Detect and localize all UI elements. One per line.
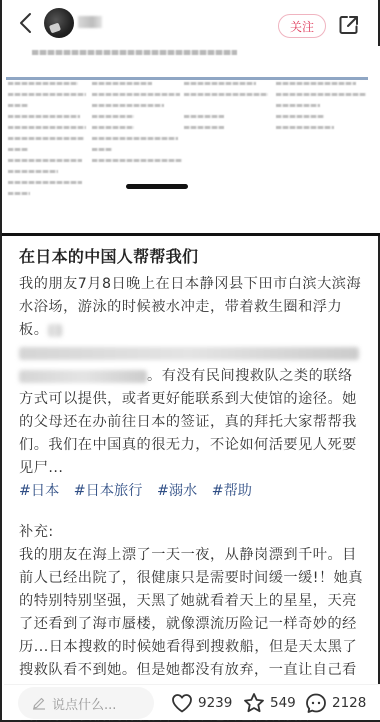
- image-text-column-3: [184, 82, 270, 137]
- author-avatar[interactable]: [44, 8, 74, 38]
- comment-bubble-icon: [304, 691, 328, 715]
- tag-japan-travel[interactable]: #日本旅行: [74, 483, 143, 499]
- tag-drowning[interactable]: #溺水: [157, 483, 197, 499]
- top-nav-bar: 关注: [2, 0, 378, 46]
- tag-help[interactable]: #帮助: [212, 483, 252, 499]
- pencil-icon: [32, 696, 46, 710]
- image-blurred-text: [32, 50, 237, 55]
- comment-input[interactable]: 说点什么...: [18, 687, 154, 719]
- post-image[interactable]: [4, 46, 380, 236]
- redacted-text: [19, 347, 359, 360]
- like-button[interactable]: 9239: [170, 691, 232, 715]
- star-icon: [242, 691, 266, 715]
- redacted-text: [19, 370, 147, 383]
- like-count: 9239: [198, 695, 232, 711]
- follow-button[interactable]: 关注: [278, 14, 326, 38]
- share-external-icon: [338, 14, 360, 36]
- carousel-indicator[interactable]: [126, 184, 188, 189]
- share-button[interactable]: [338, 14, 360, 36]
- chevron-left-icon: [16, 11, 36, 35]
- tag-japan[interactable]: #日本: [19, 483, 59, 499]
- redacted-text: [48, 324, 62, 337]
- favorite-count: 549: [270, 695, 296, 711]
- supplement-label: 补充:: [19, 521, 365, 544]
- post-body-text-1: 我的朋友7月8日晚上在日本静冈县下田市白滨大滨海水浴场，游泳的时候被水冲走，带着…: [19, 276, 361, 338]
- post-title: 在日本的中国人帮帮我们: [19, 246, 365, 268]
- tag-list: #日本 #日本旅行 #溺水 #帮助: [19, 480, 365, 503]
- favorite-button[interactable]: 549: [242, 691, 296, 715]
- image-bottom-border: [2, 233, 380, 236]
- back-button[interactable]: [16, 11, 36, 35]
- phone-screen: 关注: [0, 0, 380, 722]
- comment-count: 2128: [332, 695, 366, 711]
- comment-button[interactable]: 2128: [304, 691, 366, 715]
- image-text-column-2: [92, 82, 182, 170]
- post-body-text-2: 。有没有民间搜救队之类的联络方式可以提供，或者更好能联系到大使馆的途径。她的父母…: [19, 368, 357, 476]
- comment-placeholder: 说点什么...: [52, 694, 116, 713]
- image-divider: [6, 77, 368, 80]
- post-content: 在日本的中国人帮帮我们 我的朋友7月8日晚上在日本静冈县下田市白滨大滨海水浴场，…: [19, 246, 365, 722]
- post-body: 我的朋友7月8日晚上在日本静冈县下田市白滨大滨海水浴场，游泳的时候被水冲走，带着…: [19, 273, 365, 480]
- image-text-column-4: [276, 82, 368, 137]
- bottom-action-bar: 说点什么... 9239 549 2128: [4, 684, 380, 720]
- image-text-column-1: [8, 82, 88, 203]
- heart-icon: [170, 691, 194, 715]
- author-name-blurred[interactable]: [78, 16, 102, 28]
